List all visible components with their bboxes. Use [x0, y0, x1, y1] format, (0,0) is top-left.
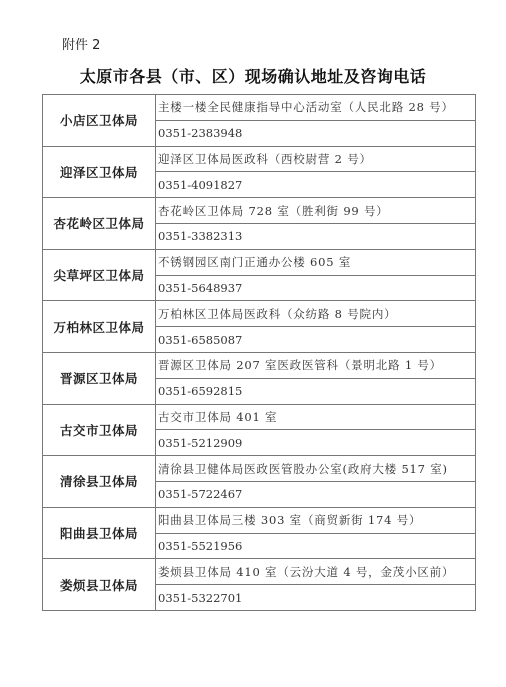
- bureau-name: 清徐县卫体局: [43, 456, 156, 508]
- attachment-label: 附件 2: [62, 34, 100, 53]
- table-row: 清徐县卫体局清徐县卫健体局医政医管股办公室(政府大楼 517 室): [43, 456, 476, 482]
- table-row: 杏花岭区卫体局杏花岭区卫体局 728 室（胜利街 99 号）: [43, 198, 476, 224]
- table-row: 晋源区卫体局晋源区卫体局 207 室医政医管科（景明北路 1 号）: [43, 352, 476, 378]
- bureau-name: 小店区卫体局: [43, 95, 156, 147]
- address-cell: 晋源区卫体局 207 室医政医管科（景明北路 1 号）: [156, 352, 476, 378]
- document-title: 太原市各县（市、区）现场确认地址及咨询电话: [0, 64, 506, 87]
- phone-cell: 0351-5648937: [156, 275, 476, 301]
- bureau-name: 迎泽区卫体局: [43, 146, 156, 198]
- phone-cell: 0351-5521956: [156, 533, 476, 559]
- address-cell: 主楼一楼全民健康指导中心活动室（人民北路 28 号）: [156, 95, 476, 121]
- bureau-name: 晋源区卫体局: [43, 352, 156, 404]
- bureau-name: 娄烦县卫体局: [43, 559, 156, 611]
- table-row: 尖草坪区卫体局不锈钢园区南门正通办公楼 605 室: [43, 249, 476, 275]
- address-cell: 清徐县卫健体局医政医管股办公室(政府大楼 517 室): [156, 456, 476, 482]
- phone-cell: 0351-5722467: [156, 481, 476, 507]
- table-row: 阳曲县卫体局阳曲县卫体局三楼 303 室（商贸新街 174 号）: [43, 507, 476, 533]
- address-cell: 古交市卫体局 401 室: [156, 404, 476, 430]
- address-cell: 万柏林区卫体局医政科（众纺路 8 号院内）: [156, 301, 476, 327]
- address-cell: 阳曲县卫体局三楼 303 室（商贸新街 174 号）: [156, 507, 476, 533]
- bureau-name: 万柏林区卫体局: [43, 301, 156, 353]
- address-cell: 杏花岭区卫体局 728 室（胜利街 99 号）: [156, 198, 476, 224]
- phone-cell: 0351-2383948: [156, 120, 476, 146]
- bureau-name: 古交市卫体局: [43, 404, 156, 456]
- phone-cell: 0351-3382313: [156, 223, 476, 249]
- bureau-name: 杏花岭区卫体局: [43, 198, 156, 250]
- phone-cell: 0351-6592815: [156, 378, 476, 404]
- address-cell: 不锈钢园区南门正通办公楼 605 室: [156, 249, 476, 275]
- table-row: 小店区卫体局主楼一楼全民健康指导中心活动室（人民北路 28 号）: [43, 95, 476, 121]
- bureau-name: 阳曲县卫体局: [43, 507, 156, 559]
- phone-cell: 0351-6585087: [156, 327, 476, 353]
- bureau-name: 尖草坪区卫体局: [43, 249, 156, 301]
- contact-table: 小店区卫体局主楼一楼全民健康指导中心活动室（人民北路 28 号） 0351-23…: [42, 94, 476, 611]
- phone-cell: 0351-4091827: [156, 172, 476, 198]
- table-row: 娄烦县卫体局娄烦县卫体局 410 室（云汾大道 4 号，金茂小区前）: [43, 559, 476, 585]
- address-cell: 迎泽区卫体局医政科（西校尉营 2 号）: [156, 146, 476, 172]
- table-row: 迎泽区卫体局迎泽区卫体局医政科（西校尉营 2 号）: [43, 146, 476, 172]
- table-row: 万柏林区卫体局万柏林区卫体局医政科（众纺路 8 号院内）: [43, 301, 476, 327]
- address-cell: 娄烦县卫体局 410 室（云汾大道 4 号，金茂小区前）: [156, 559, 476, 585]
- phone-cell: 0351-5212909: [156, 430, 476, 456]
- table-row: 古交市卫体局古交市卫体局 401 室: [43, 404, 476, 430]
- phone-cell: 0351-5322701: [156, 585, 476, 611]
